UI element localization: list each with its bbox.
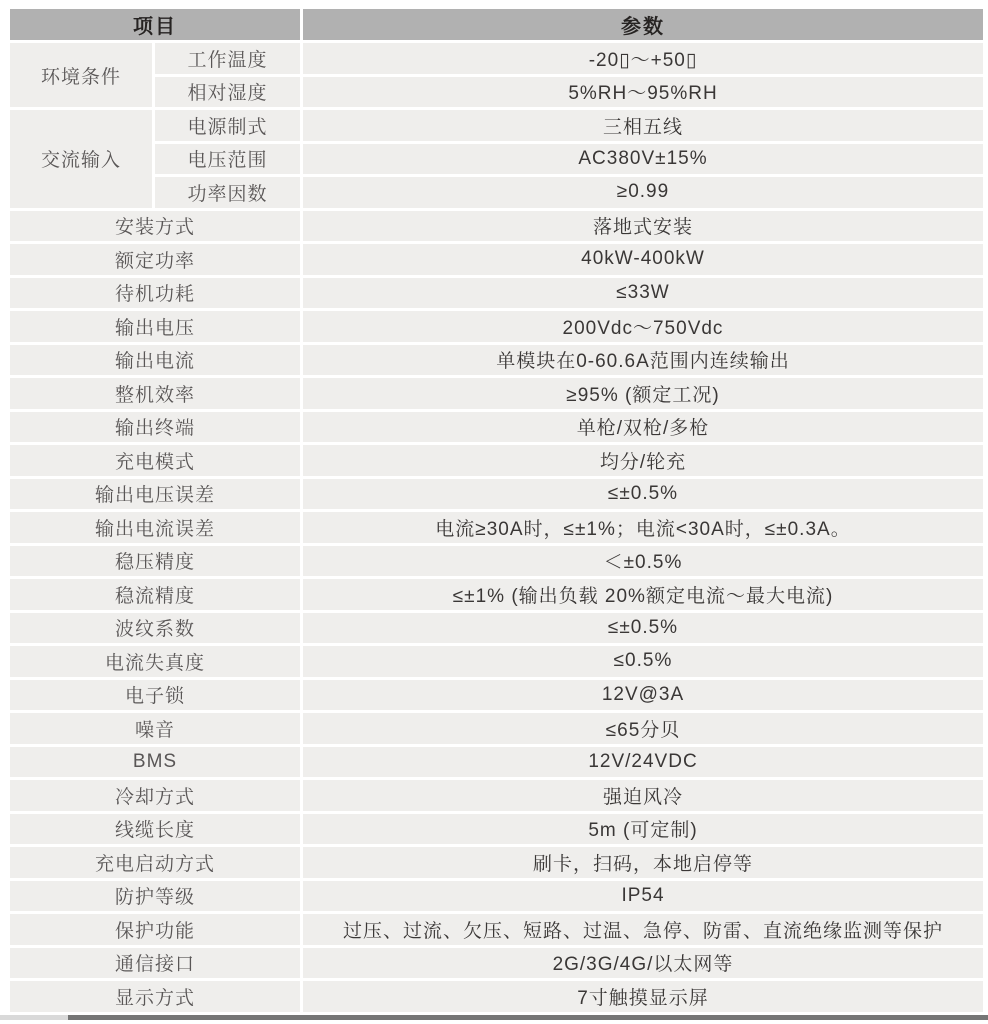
row-label: 整机效率 <box>10 378 300 409</box>
row-value: 落地式安装 <box>303 211 983 242</box>
row-label: 输出电流误差 <box>10 512 300 543</box>
row-label: 额定功率 <box>10 244 300 275</box>
row-label: 稳流精度 <box>10 579 300 610</box>
spec-sheet: 项目 参数 环境条件 工作温度 -20▯～+50▯ 相对湿度 5%RH～95%R… <box>10 9 983 1012</box>
row-label: 电子锁 <box>10 680 300 711</box>
row-value: 2G/3G/4G/以太网等 <box>303 948 983 979</box>
row-label: 相对湿度 <box>155 77 300 108</box>
row-value: 刷卡，扫码，本地启停等 <box>303 847 983 878</box>
header-item: 项目 <box>10 9 300 40</box>
row-value: 电流≥30A时，≤±1%；电流<30A时，≤±0.3A。 <box>303 512 983 543</box>
row-value: AC380V±15% <box>303 144 983 175</box>
page-bottom-rule <box>0 1015 988 1020</box>
row-label: BMS <box>10 747 300 778</box>
row-value: 5%RH～95%RH <box>303 77 983 108</box>
header-param: 参数 <box>303 9 983 40</box>
row-label: 输出电压 <box>10 311 300 342</box>
row-value: ＜±0.5% <box>303 546 983 577</box>
row-value: 40kW-400kW <box>303 244 983 275</box>
row-label: 防护等级 <box>10 881 300 912</box>
row-label: 输出终端 <box>10 412 300 443</box>
row-value: 200Vdc～750Vdc <box>303 311 983 342</box>
row-value: 均分/轮充 <box>303 445 983 476</box>
row-label: 输出电压误差 <box>10 479 300 510</box>
row-label: 待机功耗 <box>10 278 300 309</box>
row-label: 电压范围 <box>155 144 300 175</box>
row-label: 安装方式 <box>10 211 300 242</box>
row-label: 充电模式 <box>10 445 300 476</box>
row-label: 显示方式 <box>10 981 300 1012</box>
row-value: 强迫风冷 <box>303 780 983 811</box>
row-label: 电源制式 <box>155 110 300 141</box>
row-value: 12V/24VDC <box>303 747 983 778</box>
row-value: ≤±1% (输出负载 20%额定电流～最大电流) <box>303 579 983 610</box>
row-value: 单模块在0-60.6A范围内连续输出 <box>303 345 983 376</box>
row-value: IP54 <box>303 881 983 912</box>
row-label: 工作温度 <box>155 43 300 74</box>
row-value: 7寸触摸显示屏 <box>303 981 983 1012</box>
row-value: ≤±0.5% <box>303 613 983 644</box>
group-name-ac-input: 交流输入 <box>10 110 152 208</box>
group-name-environment: 环境条件 <box>10 43 152 107</box>
row-value: 单枪/双枪/多枪 <box>303 412 983 443</box>
row-value: 5m (可定制) <box>303 814 983 845</box>
row-label: 输出电流 <box>10 345 300 376</box>
row-value: ≤33W <box>303 278 983 309</box>
row-label: 通信接口 <box>10 948 300 979</box>
row-value: 过压、过流、欠压、短路、过温、急停、防雷、直流绝缘监测等保护 <box>303 914 983 945</box>
spec-table: 项目 参数 环境条件 工作温度 -20▯～+50▯ 相对湿度 5%RH～95%R… <box>10 9 983 1012</box>
row-value: -20▯～+50▯ <box>303 43 983 74</box>
bottom-rule-light-segment <box>0 1015 68 1020</box>
row-value: ≤65分贝 <box>303 713 983 744</box>
row-value: ≥0.99 <box>303 177 983 208</box>
row-value: 三相五线 <box>303 110 983 141</box>
row-value: 12V@3A <box>303 680 983 711</box>
row-label: 保护功能 <box>10 914 300 945</box>
row-label: 冷却方式 <box>10 780 300 811</box>
row-value: ≥95% (额定工况) <box>303 378 983 409</box>
bottom-rule-dark-segment <box>68 1015 988 1020</box>
row-label: 充电启动方式 <box>10 847 300 878</box>
row-label: 波纹系数 <box>10 613 300 644</box>
row-label: 噪音 <box>10 713 300 744</box>
row-label: 线缆长度 <box>10 814 300 845</box>
row-label: 稳压精度 <box>10 546 300 577</box>
row-label: 电流失真度 <box>10 646 300 677</box>
row-label: 功率因数 <box>155 177 300 208</box>
row-value: ≤0.5% <box>303 646 983 677</box>
row-value: ≤±0.5% <box>303 479 983 510</box>
